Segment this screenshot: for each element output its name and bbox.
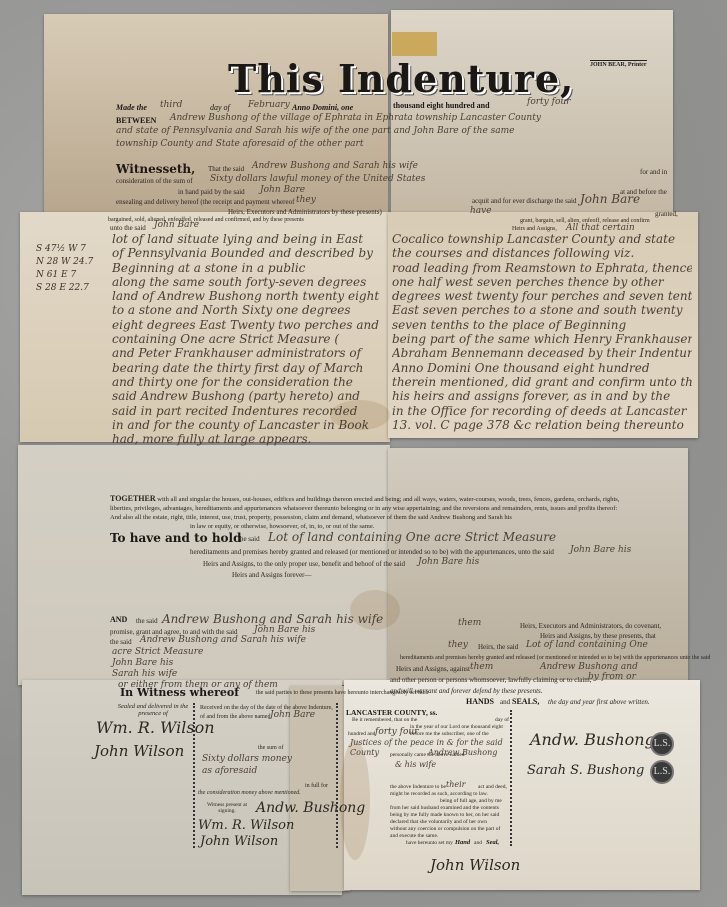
ack-justice: Justices of the peace in & for the said xyxy=(350,738,503,747)
document-title: This Indenture, xyxy=(228,56,574,101)
witnesseth-right-hand-1: John Bare xyxy=(580,192,640,206)
together-line-1: with all and singular the houses, out-ho… xyxy=(157,496,619,503)
witness-label: In Witness whereof xyxy=(120,686,239,699)
body-right-line: one half west seven perches thence by ot… xyxy=(392,275,692,289)
ack-line-14: without any coercion or compulsion on th… xyxy=(390,826,500,832)
tape-strip xyxy=(392,32,437,56)
body-left-line: said Andrew Bushong (party hereto) and xyxy=(112,389,388,403)
habendum-grantee-2: John Bare his xyxy=(418,557,479,567)
ack-line-9: might be recorded as such, according to … xyxy=(390,791,488,797)
receipt-witness-label: Witness present at signing. xyxy=(206,802,248,814)
body-left-line: had, more fully at large appears. xyxy=(112,432,388,446)
body-right-line: being part of the same which Henry Frank… xyxy=(392,332,692,346)
covenant-right-4: hereditaments and premises hereby grante… xyxy=(400,655,710,661)
witness-and: and xyxy=(500,698,510,706)
ack-hand-label: Hand xyxy=(455,839,470,846)
receipt-sum-2: as aforesaid xyxy=(202,766,257,776)
body-right-line: the courses and distances following viz. xyxy=(392,246,692,260)
body-left-line: lot of land situate lying and being in E… xyxy=(112,232,388,246)
wax-seal-icon: L.S. xyxy=(650,732,674,756)
ack-line-5: before me the subscriber, one of the xyxy=(410,731,489,737)
receipt-sum: Sixty dollars money xyxy=(202,754,292,764)
covenant-label: AND xyxy=(110,615,127,624)
witnesseth-print-2: consideration of the sum of xyxy=(116,177,193,185)
covenant-right-2: Heirs and Assigns, by these presents, th… xyxy=(540,632,656,640)
day-of-label: day of xyxy=(210,103,230,112)
ack-line-10: being of full age, and by me xyxy=(440,798,502,804)
witnesseth-hand-1: Andrew Bushong and Sarah his wife xyxy=(252,161,418,171)
habendum-line-2: Heirs and Assigns, to the only proper us… xyxy=(203,560,405,568)
witnesseth-print-4: ensealing and delivery hereof (the recei… xyxy=(116,198,294,206)
ack-line-16: have hereunto set my xyxy=(406,840,453,846)
witnesseth-print-5: Heirs, Executors and Administrators by t… xyxy=(228,208,382,216)
covenant-right-5: Heirs and Assigns, against xyxy=(396,665,470,673)
covenant-right-hand-2: they xyxy=(448,640,468,650)
body-left-line: and thirty one for the consideration the xyxy=(112,375,388,389)
receipt-line-2: of and from the above named xyxy=(200,714,270,720)
covenant-the-said: the said xyxy=(136,617,158,625)
habendum-line-1: hereditaments and premises hereby grante… xyxy=(190,548,554,556)
witnesseth-right-hand-2: have xyxy=(470,206,492,216)
witnesseth-heading: Witnesseth, xyxy=(116,162,195,176)
covenant-right-6: and other person or persons whomsoever, … xyxy=(390,676,592,684)
habendum-lot: Lot of land containing One acre Strict M… xyxy=(268,530,556,544)
survey-course-4: S 28 E 22.7 xyxy=(36,282,93,295)
receipt-signer: Andw. Bushong xyxy=(256,800,365,816)
covenant-right-hand-4: them xyxy=(470,662,493,672)
body-right-line: seven tenths to the place of Beginning xyxy=(392,318,692,332)
covenant-right-1: Heirs, Executors and Administrators, do … xyxy=(520,622,661,630)
witness-text: the said parties to these presents have … xyxy=(256,690,429,696)
covenant-right-hand-5: Andrew Bushong and xyxy=(540,662,638,672)
body-right-line: in the Office for recording of deeds at … xyxy=(392,404,692,418)
justice-signature: John Wilson xyxy=(430,856,520,874)
unto-the-said-label: unto the said xyxy=(110,224,146,232)
ack-line-8: act and deed, xyxy=(478,784,507,790)
ack-grantor: Andrew Bushong xyxy=(428,748,497,757)
body-right-line: road leading from Reamstown to Ephrata, … xyxy=(392,261,692,275)
printer-credit: JOHN BEAR, Printer xyxy=(590,60,647,68)
ack-line-3: in the year of our Lord one thousand eig… xyxy=(410,724,503,730)
habendum-the-said: the said xyxy=(238,535,260,543)
receipt-witness-1: Wm. R. Wilson xyxy=(198,818,294,833)
body-left-line: to a stone and North Sixty one degrees xyxy=(112,303,388,317)
ack-line-1: Be it remembered, that on the xyxy=(352,717,417,723)
year-text: thousand eight hundred and xyxy=(393,101,490,110)
witnesseth-right-3: acquit and for ever discharge the said xyxy=(472,197,576,205)
together-line-3: And also all the estate, right, title, i… xyxy=(110,513,695,522)
ack-seal-label: Seal, xyxy=(486,839,499,846)
body-left-line: in and for the county of Lancaster in Bo… xyxy=(112,418,388,432)
ack-line-11: from her said husband examined and the c… xyxy=(390,805,499,811)
witnesseth-hand-2: Sixty dollars lawful money of the United… xyxy=(210,174,425,184)
ack-and: and xyxy=(474,840,482,846)
ack-line-4: hundred and xyxy=(348,731,375,737)
hands-label: HANDS xyxy=(466,697,494,706)
wax-seal-icon: L.S. xyxy=(650,760,674,784)
anno-domini-label: Anno Domini, one xyxy=(292,103,353,112)
habendum-line-3: Heirs and Assigns forever— xyxy=(232,571,312,579)
body-left-line: along the same south forty-seven degrees xyxy=(112,275,388,289)
covenant-the-said-2: the said xyxy=(110,638,132,646)
ack-county: County xyxy=(350,748,379,757)
dotted-divider xyxy=(193,703,195,848)
grantor-signature-2: Sarah S. Bushong xyxy=(527,763,644,778)
ack-line-7: the above Indenture to be xyxy=(390,784,446,790)
habendum-grantee-1: John Bare his xyxy=(570,545,631,555)
covenant-grantee: John Bare his xyxy=(254,625,315,635)
body-right-line: East seven perches to a stone and south … xyxy=(392,303,692,317)
between-label: BETWEEN xyxy=(116,116,156,125)
witness-signature-2: John Wilson xyxy=(94,742,184,760)
survey-note: S 47½ W 7 N 28 W 24.7 N 61 E 7 S 28 E 22… xyxy=(36,243,93,295)
receipt-in-full: in full for xyxy=(305,783,328,789)
made-the-label: Made the xyxy=(116,103,147,112)
dotted-divider xyxy=(510,710,512,846)
survey-course-3: N 61 E 7 xyxy=(36,269,93,282)
survey-course-1: S 47½ W 7 xyxy=(36,243,93,256)
ack-line-15: and execute the same. xyxy=(390,833,438,839)
receipt-consideration: the consideration money above mentioned. xyxy=(198,790,301,796)
body-left-line: land of Andrew Bushong north twenty eigh… xyxy=(112,289,388,303)
body-right-line: 13. vol. C page 378 &c relation being th… xyxy=(392,418,692,432)
year-value: forty four xyxy=(527,97,570,107)
witnesseth-print-6: bargained, sold, aliened, enfeoffed, rel… xyxy=(108,217,304,223)
body-right-line: therein mentioned, did grant and confirm… xyxy=(392,375,692,389)
parties-line-1: Andrew Bushong of the village of Ephrata… xyxy=(170,113,541,123)
witnesseth-print-3: in hand paid by the said xyxy=(178,188,245,196)
survey-course-2: N 28 W 24.7 xyxy=(36,256,93,269)
covenant-right-3: Heirs, the said xyxy=(478,643,518,651)
witnesseth-hand-4: they xyxy=(296,195,316,205)
together-line-2: liberties, privileges, advantages, hered… xyxy=(110,504,695,513)
witness-tail: the day and year first above written. xyxy=(548,698,650,706)
parties-line-2: and state of Pennsylvania and Sarah his … xyxy=(116,126,515,136)
body-right-line: Cocalico township Lancaster County and s… xyxy=(392,232,692,246)
parties-line-3: township County and State aforesaid of t… xyxy=(116,139,363,149)
property-description-left: lot of land situate lying and being in E… xyxy=(112,232,388,446)
witnesseth-right-4: granted, xyxy=(655,210,678,218)
body-left-line: bearing date the thirty first day of Mar… xyxy=(112,361,388,375)
body-left-line: eight degrees East Twenty two perches an… xyxy=(112,318,388,332)
covenant-grantors-2: Andrew Bushong and Sarah his wife xyxy=(140,635,306,645)
grantee-name: John Bare xyxy=(154,220,199,230)
covenant-right-hand-6: by from or xyxy=(588,672,636,682)
ack-wife: & his wife xyxy=(395,760,436,769)
month-value: February xyxy=(248,100,290,110)
witnesseth-print-1: That the said xyxy=(208,165,244,173)
covenant-right-hand-1: them xyxy=(458,618,481,628)
seals-label: SEALS, xyxy=(512,697,539,706)
witnesseth-right-1: for and in xyxy=(640,168,667,176)
ack-line-13: declared that she voluntarily and of her… xyxy=(390,819,487,825)
receipt-witness-2: John Wilson xyxy=(200,834,278,849)
body-right-line: Abraham Bennemann deceased by their Inde… xyxy=(392,346,692,360)
covenant-grantors: Andrew Bushong and Sarah his wife xyxy=(162,612,383,626)
covenant-right-hand-3: Lot of land containing One xyxy=(526,640,648,650)
habendum-label: To have and to hold xyxy=(110,531,242,545)
day-value: third xyxy=(160,100,182,110)
receipt-sum-label: the sum of xyxy=(258,745,283,751)
body-left-line: said in part recited Indentures recorded xyxy=(112,404,388,418)
dotted-divider xyxy=(336,703,338,848)
covenant-grantee-2: John Bare his xyxy=(112,658,173,668)
sealed-label: Sealed and delivered in the presence of xyxy=(113,703,193,717)
covenant-wife: Sarah his wife xyxy=(112,669,177,679)
county-heading: LANCASTER COUNTY, ss. xyxy=(346,708,437,717)
together-label: TOGETHER xyxy=(110,494,156,503)
witness-signature-1: Wm. R. Wilson xyxy=(96,718,215,737)
body-right-line: degrees west twenty four perches and sev… xyxy=(392,289,692,303)
ack-line-12: being by me fully made known to her, on … xyxy=(390,812,499,818)
body-left-line: of Pennsylvania Bounded and described by xyxy=(112,246,388,260)
body-left-line: and Peter Frankhauser administrators of xyxy=(112,346,388,360)
ack-their: their xyxy=(446,780,465,789)
body-right-line: his heirs and assigns forever, as in and… xyxy=(392,389,692,403)
body-right-line: Anno Domini One thousand eight hundred xyxy=(392,361,692,375)
body-left-line: containing One acre Strict Measure ( xyxy=(112,332,388,346)
receipt-payer: John Bare xyxy=(270,710,315,720)
property-description-right: Cocalico township Lancaster County and s… xyxy=(392,232,692,432)
ack-line-2: day of xyxy=(495,717,509,723)
grantor-signature-1: Andw. Bushong xyxy=(530,730,655,749)
together-clause: TOGETHER with all and singular the house… xyxy=(110,494,695,531)
body-left-line: Beginning at a stone in a public xyxy=(112,261,388,275)
witnesseth-hand-3: John Bare xyxy=(260,185,305,195)
covenant-measure: acre Strict Measure xyxy=(112,647,203,657)
